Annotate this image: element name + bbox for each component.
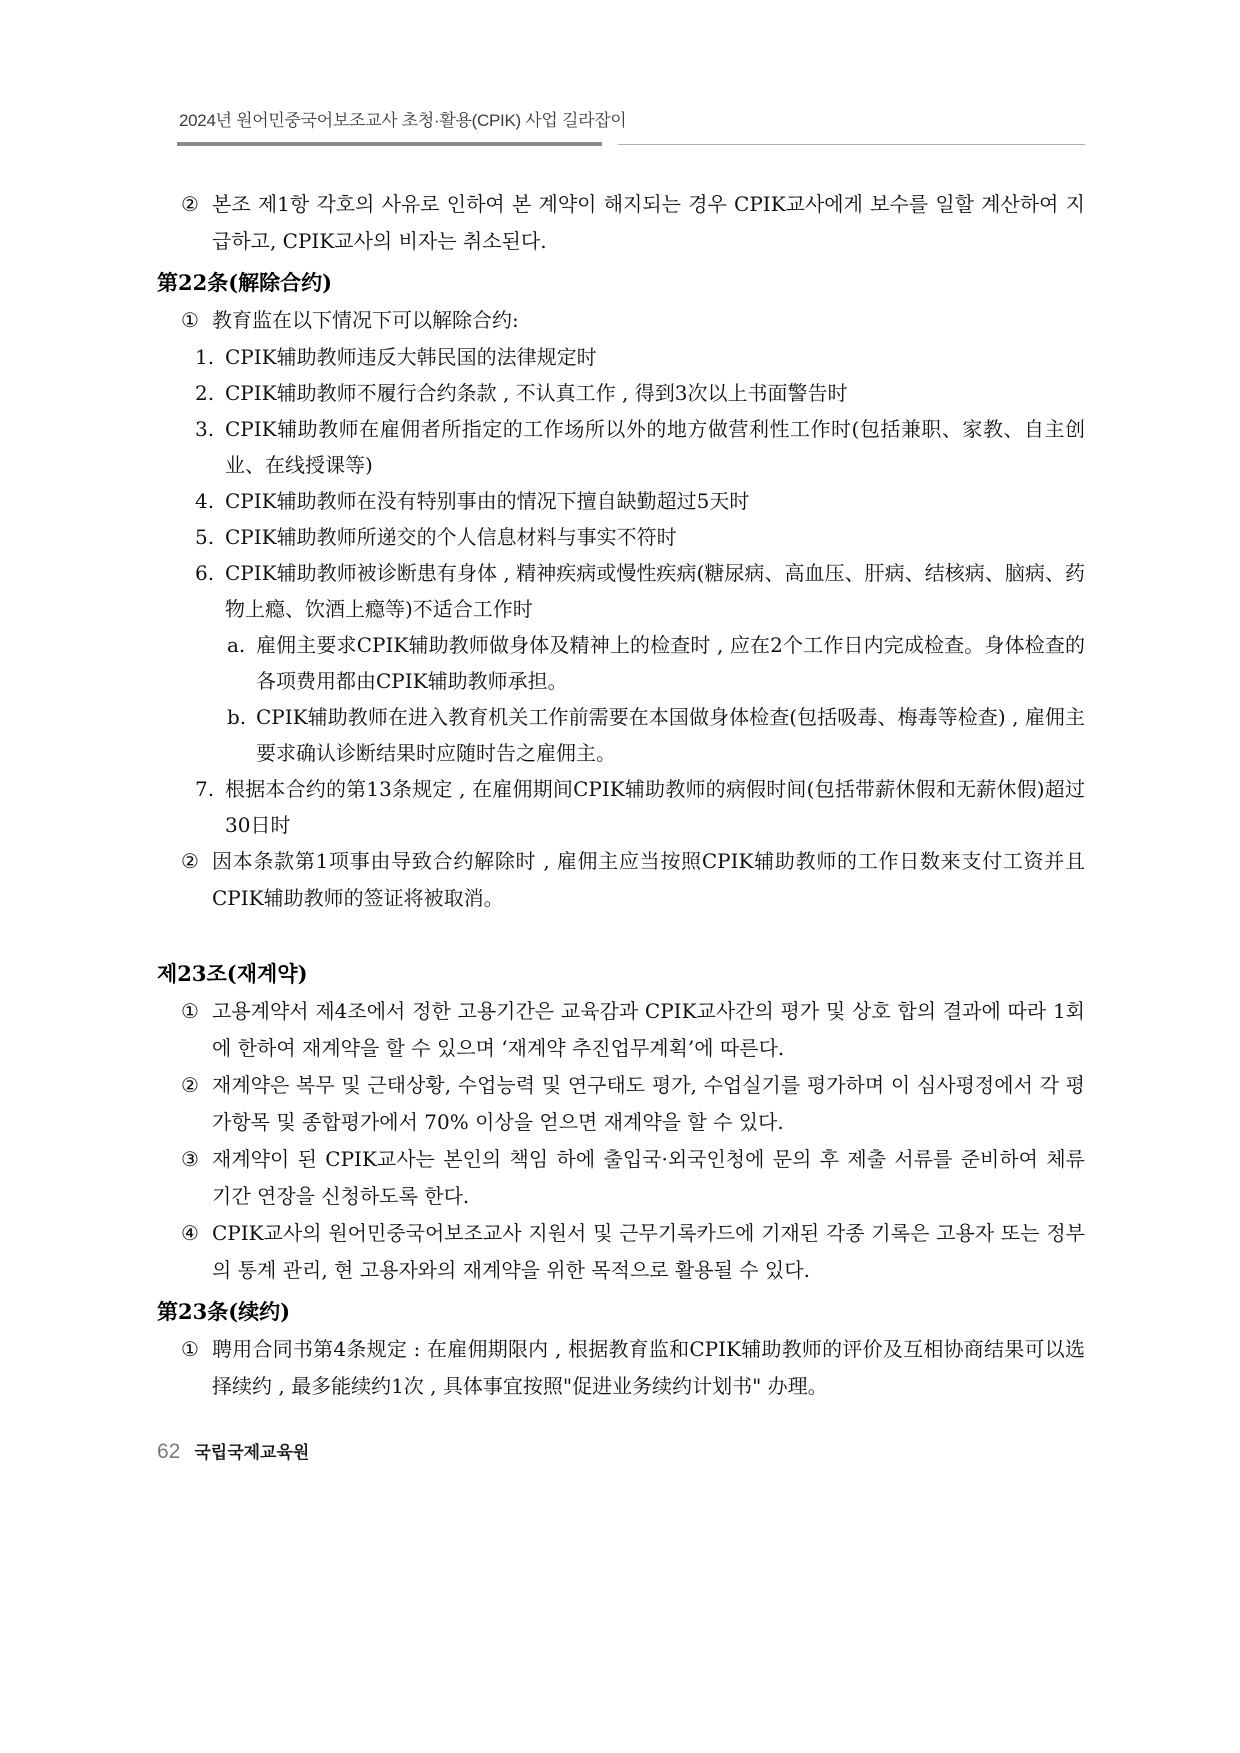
article-22-clause-2: ② 因本条款第1项事由导致合约解除时 , 雇佣主应当按照CPIK辅助教师的工作日… <box>181 843 1085 917</box>
list-item-number: 1. <box>195 339 225 375</box>
list-item-1: 1. CPIK辅助教师违反大韩民国的法律规定时 <box>195 339 1085 375</box>
list-item-text: CPIK辅助教师违反大韩民国的法律规定时 <box>225 339 1085 375</box>
list-item-text: CPIK辅助教师在没有特别事由的情况下擅自缺勤超过5天时 <box>225 483 1085 519</box>
clause-text: 聘用合同书第4条规定 : 在雇佣期限内 , 根据教育监和CPIK辅助教师的评价及… <box>212 1331 1085 1405</box>
list-item-text: 根据本合约的第13条规定 , 在雇佣期间CPIK辅助教师的病假时间(包括带薪休假… <box>225 771 1085 843</box>
intro-clause: ② 본조 제1항 각호의 사유로 인하여 본 계약이 해지되는 경우 CPIK교… <box>181 186 1085 260</box>
article-23-kr-clause-3: ③ 재계약이 된 CPIK교사는 본인의 책임 하에 출입국·외국인청에 문의 … <box>181 1141 1085 1215</box>
article-22-clause-1: ① 教育监在以下情况下可以解除合约: <box>181 302 1085 339</box>
clause-marker: ② <box>181 186 212 260</box>
list-item-number: 4. <box>195 483 225 519</box>
article-22-heading: 第22条(解除合约) <box>157 268 1085 298</box>
clause-marker: ① <box>181 302 212 339</box>
clause-marker: ② <box>181 1067 212 1141</box>
list-item-text: CPIK辅助教师不履行合约条款 , 不认真工作 , 得到3次以上书面警告时 <box>225 375 1085 411</box>
clause-text: 教育监在以下情况下可以解除合约: <box>212 302 1085 339</box>
list-item-number: 5. <box>195 519 225 555</box>
sub-item-letter: a. <box>227 627 256 699</box>
document-page: 2024년 원어민중국어보조교사 초청·활용(CPIK) 사업 길라잡이 ② 본… <box>0 0 1240 1753</box>
list-item-number: 7. <box>195 771 225 843</box>
list-item-number: 2. <box>195 375 225 411</box>
footer-page-number: 62 <box>157 1440 180 1464</box>
header-rule <box>157 141 1085 146</box>
article-23-kr-clause-4: ④ CPIK교사의 원어민중국어보조교사 지원서 및 근무기록카드에 기재된 각… <box>181 1215 1085 1289</box>
sub-item-text: 雇佣主要求CPIK辅助教师做身体及精神上的检查时 , 应在2个工作日内完成检查。… <box>256 627 1085 699</box>
clause-text: 재계약은 복무 및 근태상황, 수업능력 및 연구태도 평가, 수업실기를 평가… <box>212 1067 1085 1141</box>
header-rule-thick <box>177 142 602 146</box>
article-23-kr-clause-1: ① 고용계약서 제4조에서 정한 고용기간은 교육감과 CPIK교사간의 평가 … <box>181 993 1085 1067</box>
clause-marker: ③ <box>181 1141 212 1215</box>
list-item-2: 2. CPIK辅助教师不履行合约条款 , 不认真工作 , 得到3次以上书面警告时 <box>195 375 1085 411</box>
list-item-3: 3. CPIK辅助教师在雇佣者所指定的工作场所以外的地方做营利性工作时(包括兼职… <box>195 411 1085 483</box>
article-23-cn-clause-1: ① 聘用合同书第4条规定 : 在雇佣期限内 , 根据教育监和CPIK辅助教师的评… <box>181 1331 1085 1405</box>
header-rule-thin <box>618 144 1085 145</box>
clause-marker: ① <box>181 1331 212 1405</box>
clause-text: 因本条款第1项事由导致合约解除时 , 雇佣主应当按照CPIK辅助教师的工作日数来… <box>212 843 1085 917</box>
clause-marker: ④ <box>181 1215 212 1289</box>
clause-text: 본조 제1항 각호의 사유로 인하여 본 계약이 해지되는 경우 CPIK교사에… <box>212 186 1085 260</box>
clause-marker: ① <box>181 993 212 1067</box>
clause-text: 재계약이 된 CPIK교사는 본인의 책임 하에 출입국·외국인청에 문의 후 … <box>212 1141 1085 1215</box>
article-23-kr-clause-2: ② 재계약은 복무 및 근태상황, 수업능력 및 연구태도 평가, 수업실기를 … <box>181 1067 1085 1141</box>
footer-org-name: 국립국제교육원 <box>194 1438 309 1463</box>
article-23-cn-heading: 第23条(续约) <box>157 1297 1085 1327</box>
sub-item-text: CPIK辅助教师在进入教育机关工作前需要在本国做身体检查(包括吸毒、梅毒等检查)… <box>256 699 1085 771</box>
list-item-number: 3. <box>195 411 225 483</box>
clause-text: CPIK교사의 원어민중국어보조교사 지원서 및 근무기록카드에 기재된 각종 … <box>212 1215 1085 1289</box>
list-item-4: 4. CPIK辅助教师在没有特别事由的情况下擅自缺勤超过5天时 <box>195 483 1085 519</box>
clause-text: 고용계약서 제4조에서 정한 고용기간은 교육감과 CPIK교사간의 평가 및 … <box>212 993 1085 1067</box>
list-item-number: 6. <box>195 555 225 627</box>
sub-list-item-a: a. 雇佣主要求CPIK辅助教师做身体及精神上的检查时 , 应在2个工作日内完成… <box>227 627 1085 699</box>
document-body: ② 본조 제1항 각호의 사유로 인하여 본 계약이 해지되는 경우 CPIK교… <box>157 186 1085 1405</box>
list-item-5: 5. CPIK辅助教师所递交的个人信息材料与事实不符时 <box>195 519 1085 555</box>
list-item-text: CPIK辅助教师被诊断患有身体 , 精神疾病或慢性疾病(糖尿病、高血压、肝病、结… <box>225 555 1085 627</box>
list-item-6: 6. CPIK辅助教师被诊断患有身体 , 精神疾病或慢性疾病(糖尿病、高血压、肝… <box>195 555 1085 627</box>
sub-list-item-b: b. CPIK辅助教师在进入教育机关工作前需要在本国做身体检查(包括吸毒、梅毒等… <box>227 699 1085 771</box>
list-item-text: CPIK辅助教师所递交的个人信息材料与事实不符时 <box>225 519 1085 555</box>
sub-item-letter: b. <box>227 699 256 771</box>
list-item-text: CPIK辅助教师在雇佣者所指定的工作场所以外的地方做营利性工作时(包括兼职、家教… <box>225 411 1085 483</box>
page-footer: 62 국립국제교육원 <box>157 1438 309 1464</box>
clause-marker: ② <box>181 843 212 917</box>
list-item-7: 7. 根据本合约的第13条规定 , 在雇佣期间CPIK辅助教师的病假时间(包括带… <box>195 771 1085 843</box>
page-header: 2024년 원어민중국어보조교사 초청·활용(CPIK) 사업 길라잡이 <box>0 0 1240 146</box>
header-title: 2024년 원어민중국어보조교사 초청·활용(CPIK) 사업 길라잡이 <box>157 106 1085 131</box>
article-23-kr-heading: 제23조(재계약) <box>157 959 1085 989</box>
